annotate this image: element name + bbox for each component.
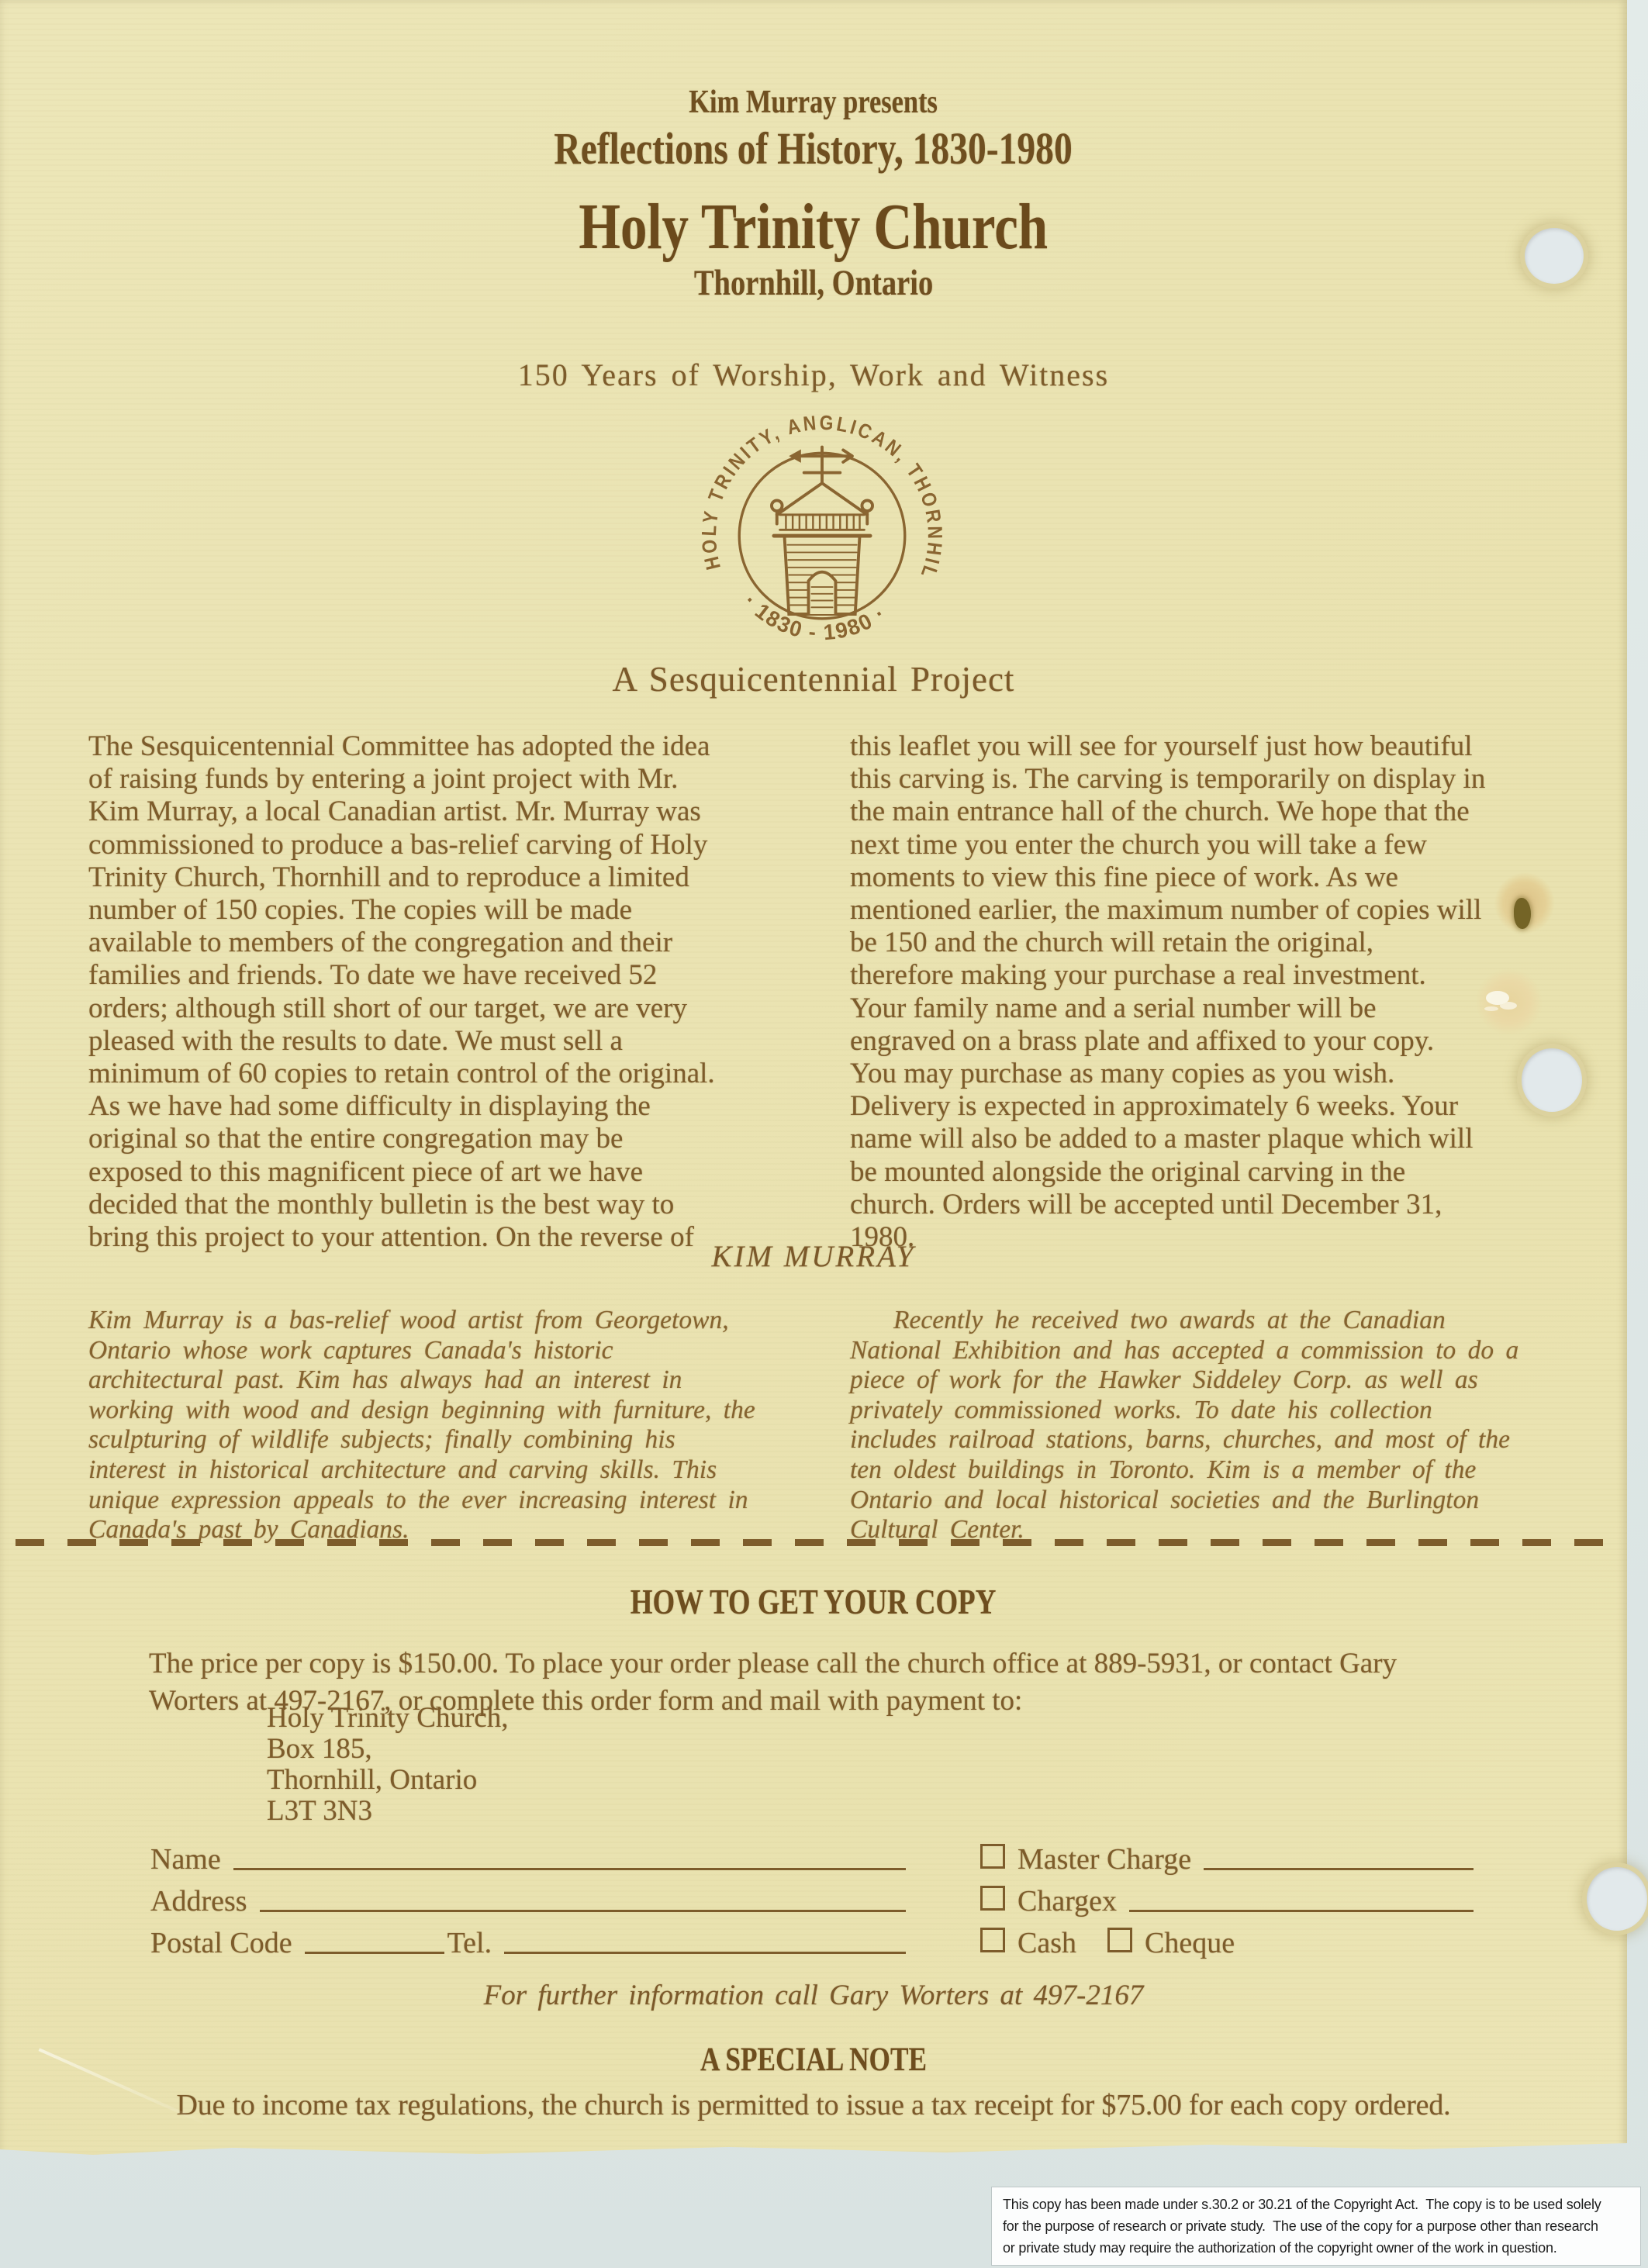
tagline: 150 Years of Worship, Work and Witness [0, 357, 1627, 393]
text-line: Kim Murray is a bas-relief wood artist f… [88, 1306, 837, 1336]
cash-checkbox [980, 1928, 1005, 1952]
text-line: name will also be added to a master plaq… [850, 1123, 1606, 1155]
chargex-label: Chargex [1017, 1884, 1117, 1920]
text-line: Your family name and a serial number wil… [850, 992, 1606, 1025]
text-line: exposed to this magnificent piece of art… [88, 1156, 837, 1189]
copyright-notice-box: This copy has been made under s.30.2 or … [992, 2187, 1640, 2265]
address-field-line [260, 1910, 906, 1912]
text-line: You may purchase as many copies as you w… [850, 1058, 1606, 1090]
text-line: for the purpose of research or private s… [1003, 2215, 1640, 2237]
presenter-line: Kim Murray presents [0, 84, 1627, 121]
hole-punch-bottom [1587, 1867, 1647, 1931]
text-line: working with wood and design beginning w… [88, 1396, 837, 1426]
special-note-heading: A SPECIAL NOTE [0, 2041, 1627, 2079]
text-line: architectural past. Kim has always had a… [88, 1365, 837, 1396]
text-line: commissioned to produce a bas-relief car… [88, 829, 837, 861]
name-row: Name [150, 1836, 909, 1878]
church-seal-logo: HOLY TRINITY, ANGLICAN, THORNHILL · 1830… [658, 409, 986, 665]
order-form-left: Name Address Postal Code Tel. [150, 1836, 909, 1962]
text-line: church. Orders will be accepted until De… [850, 1189, 1606, 1221]
text-line: decided that the monthly bulletin is the… [88, 1189, 837, 1221]
text-line: the main entrance hall of the church. We… [850, 796, 1606, 828]
page-title: Holy Trinity Church [0, 189, 1627, 264]
text-line: this carving is. The carving is temporar… [850, 763, 1606, 796]
text-line: families and friends. To date we have re… [88, 959, 837, 992]
cash-label: Cash [1017, 1926, 1076, 1962]
cheque-checkbox [1107, 1928, 1132, 1952]
text-line: moments to view this fine piece of work.… [850, 861, 1606, 894]
text-line: Recently he received two awards at the C… [850, 1306, 1606, 1336]
master-charge-label: Master Charge [1017, 1842, 1191, 1878]
artist-section-heading: KIM MURRAY [0, 1239, 1627, 1274]
tel-label: Tel. [447, 1926, 492, 1962]
text-line: unique expression appeals to the ever in… [88, 1486, 837, 1516]
text-line: this leaflet you will see for yourself j… [850, 730, 1606, 763]
hole-punch-middle [1522, 1048, 1582, 1112]
text-line: be 150 and the church will retain the or… [850, 927, 1606, 959]
artist-column-left: Kim Murray is a bas-relief wood artist f… [88, 1306, 837, 1545]
cheque-label: Cheque [1145, 1926, 1235, 1962]
text-line: Box 185, [267, 1734, 887, 1765]
text-line: The price per copy is $150.00. To place … [149, 1645, 1568, 1683]
location-line: Thornhill, Ontario [0, 262, 1627, 304]
postal-code-field-line [305, 1952, 444, 1954]
text-line: Ontario whose work captures Canada's his… [88, 1336, 837, 1366]
series-title-text: Reflections of History, 1830-1980 [555, 123, 1073, 174]
text-line: L3T 3N3 [267, 1796, 887, 1827]
location-text: Thornhill, Ontario [694, 262, 933, 304]
text-line: pleased with the results to date. We mus… [88, 1025, 837, 1058]
body-column-right: this leaflet you will see for yourself j… [850, 730, 1606, 1254]
page-title-text: Holy Trinity Church [579, 189, 1049, 264]
text-line: or private study may require the authori… [1003, 2237, 1640, 2259]
text-line: mentioned earlier, the maximum number of… [850, 894, 1606, 927]
text-line: Ontario and local historical societies a… [850, 1486, 1606, 1516]
hole-punch-top [1525, 228, 1584, 284]
subtitle: A Sesquicentennial Project [0, 659, 1627, 699]
text-line: original so that the entire congregation… [88, 1123, 837, 1155]
address-label: Address [150, 1884, 247, 1920]
mailing-address-block: Holy Trinity Church,Box 185,Thornhill, O… [267, 1703, 887, 1827]
master-charge-checkbox [980, 1844, 1005, 1869]
text-line: includes railroad stations, barns, churc… [850, 1425, 1606, 1455]
presenter-text: Kim Murray presents [689, 84, 938, 121]
tel-field-line [504, 1952, 906, 1954]
text-line: therefore making your purchase a real in… [850, 959, 1606, 992]
text-line: Trinity Church, Thornhill and to reprodu… [88, 861, 837, 894]
text-line: privately commissioned works. To date hi… [850, 1396, 1606, 1426]
tax-receipt-line: Due to income tax regulations, the churc… [0, 2088, 1627, 2122]
leaflet-paper: Kim Murray presents Reflections of Histo… [0, 0, 1627, 2163]
text-line: be mounted alongside the original carvin… [850, 1156, 1606, 1189]
postal-tel-row: Postal Code Tel. [150, 1920, 909, 1962]
series-title: Reflections of History, 1830-1980 [0, 123, 1627, 174]
text-line: next time you enter the church you will … [850, 829, 1606, 861]
order-section-heading: HOW TO GET YOUR COPY [0, 1582, 1627, 1622]
cash-cheque-row: Cash Cheque [980, 1920, 1477, 1962]
body-column-left: The Sesquicentennial Committee has adopt… [88, 730, 837, 1254]
further-information-line: For further information call Gary Worter… [0, 1979, 1627, 2012]
text-line: number of 150 copies. The copies will be… [88, 894, 837, 927]
master-charge-field-line [1204, 1868, 1474, 1870]
artist-column-right: Recently he received two awards at the C… [850, 1306, 1606, 1545]
special-note-heading-text: A SPECIAL NOTE [700, 2041, 927, 2079]
order-heading-text: HOW TO GET YOUR COPY [631, 1582, 997, 1622]
text-line: This copy has been made under s.30.2 or … [1003, 2194, 1640, 2215]
text-line: Thornhill, Ontario [267, 1765, 887, 1796]
chargex-field-line [1129, 1910, 1474, 1912]
church-tower-icon [772, 447, 872, 614]
text-line: Kim Murray, a local Canadian artist. Mr.… [88, 796, 837, 828]
text-line: piece of work for the Hawker Siddeley Co… [850, 1365, 1606, 1396]
text-line: sculpturing of wildlife subjects; finall… [88, 1425, 837, 1455]
text-line: Delivery is expected in approximately 6 … [850, 1090, 1606, 1123]
text-line: orders; although still short of our targ… [88, 992, 837, 1025]
master-charge-row: Master Charge [980, 1836, 1477, 1878]
text-line: of raising funds by entering a joint pro… [88, 763, 837, 796]
chargex-row: Chargex [980, 1878, 1477, 1920]
payment-options: Master Charge Chargex Cash Cheque [980, 1836, 1477, 1962]
text-line: ten oldest buildings in Toronto. Kim is … [850, 1455, 1606, 1486]
name-label: Name [150, 1842, 221, 1878]
scan-background: { "doc": { "header": { "presenter": "Kim… [0, 0, 1648, 2268]
text-line: interest in historical architecture and … [88, 1455, 837, 1486]
text-line: engraved on a brass plate and affixed to… [850, 1025, 1606, 1058]
text-line: minimum of 60 copies to retain control o… [88, 1058, 837, 1090]
name-field-line [233, 1868, 906, 1870]
address-row: Address [150, 1878, 909, 1920]
postal-code-label: Postal Code [150, 1926, 292, 1962]
text-line: The Sesquicentennial Committee has adopt… [88, 730, 837, 763]
chargex-checkbox [980, 1886, 1005, 1911]
text-line: available to members of the congregation… [88, 927, 837, 959]
cut-here-dashed-divider [16, 1539, 1613, 1546]
text-line: As we have had some difficulty in displa… [88, 1090, 837, 1123]
text-line: National Exhibition and has accepted a c… [850, 1336, 1606, 1366]
text-line: Holy Trinity Church, [267, 1703, 887, 1734]
